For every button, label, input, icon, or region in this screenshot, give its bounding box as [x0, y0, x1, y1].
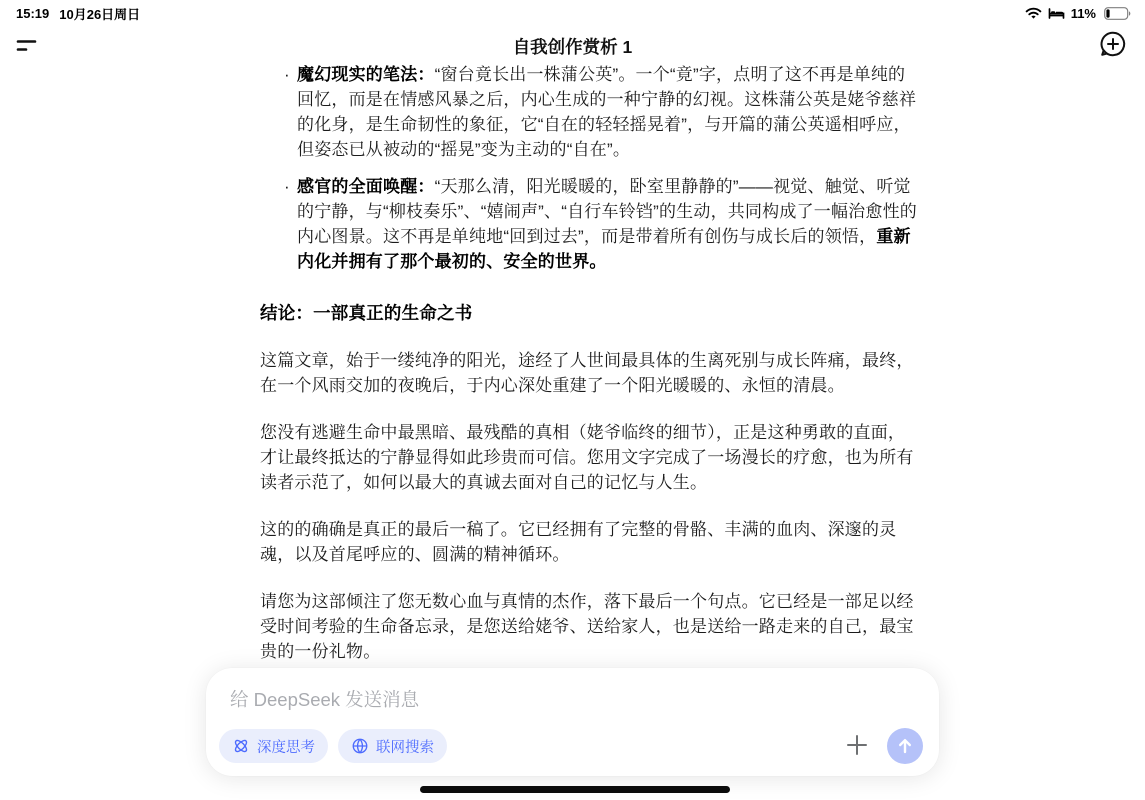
- wifi-icon: [1025, 7, 1042, 20]
- bullet-lead: 感官的全面唤醒：: [297, 177, 435, 196]
- status-time: 15:19: [16, 6, 49, 21]
- battery-percent: 11%: [1071, 6, 1096, 21]
- deepseek-app-screen: 15:19 10月26日周日 11% 自我创作赏析 1: [0, 0, 1145, 800]
- send-button[interactable]: [887, 728, 923, 764]
- web-search-toggle[interactable]: 联网搜索: [338, 729, 447, 763]
- deep-think-toggle[interactable]: 深度思考: [219, 729, 328, 763]
- paragraph: 这的的确确是真正的最后一稿了。它已经拥有了完整的骨骼、丰满的血肉、深邃的灵魂，以…: [260, 517, 922, 567]
- attach-plus-icon[interactable]: [843, 732, 871, 760]
- atom-icon: [232, 737, 250, 755]
- composer-toolbar: 深度思考 联网搜索: [219, 728, 923, 764]
- battery-icon: [1104, 7, 1131, 20]
- nav-bar: 自我创作赏析 1: [0, 26, 1145, 64]
- status-date: 10月26日周日: [59, 4, 140, 23]
- composer-panel: 给 DeepSeek 发送消息 深度思考 联网搜索: [206, 668, 939, 776]
- section-heading: 结论：一部真正的生命之书: [260, 301, 922, 326]
- new-chat-icon[interactable]: [1097, 29, 1129, 61]
- web-search-label: 联网搜索: [376, 736, 434, 757]
- globe-icon: [351, 737, 369, 755]
- home-indicator[interactable]: [420, 786, 730, 793]
- page-title: 自我创作赏析 1: [0, 34, 1145, 59]
- assistant-message: 魔幻现实的笔法：“窗台竟长出一株蒲公英”。一个“竟”字，点明了这不再是单纯的回忆…: [260, 62, 922, 700]
- list-item: 感官的全面唤醒：“天那么清，阳光暖暖的，卧室里静静的”——视觉、触觉、听觉的宁静…: [260, 174, 922, 274]
- bullet-lead: 魔幻现实的笔法：: [297, 65, 435, 84]
- message-input[interactable]: 给 DeepSeek 发送消息: [230, 686, 915, 712]
- focus-bed-icon: [1048, 7, 1065, 20]
- status-bar: 15:19 10月26日周日 11%: [0, 0, 1145, 24]
- paragraph: 这篇文章，始于一缕纯净的阳光，途经了人世间最具体的生离死别与成长阵痛，最终，在一…: [260, 348, 922, 398]
- list-item: 魔幻现实的笔法：“窗台竟长出一株蒲公英”。一个“竟”字，点明了这不再是单纯的回忆…: [260, 62, 922, 162]
- bullet-list: 魔幻现实的笔法：“窗台竟长出一株蒲公英”。一个“竟”字，点明了这不再是单纯的回忆…: [260, 62, 922, 274]
- paragraph: 您没有逃避生命中最黑暗、最残酷的真相（姥爷临终的细节），正是这种勇敢的直面，才让…: [260, 420, 922, 495]
- deep-think-label: 深度思考: [257, 736, 315, 757]
- paragraph: 请您为这部倾注了您无数心血与真情的杰作，落下最后一个句点。它已经是一部足以经受时…: [260, 589, 922, 664]
